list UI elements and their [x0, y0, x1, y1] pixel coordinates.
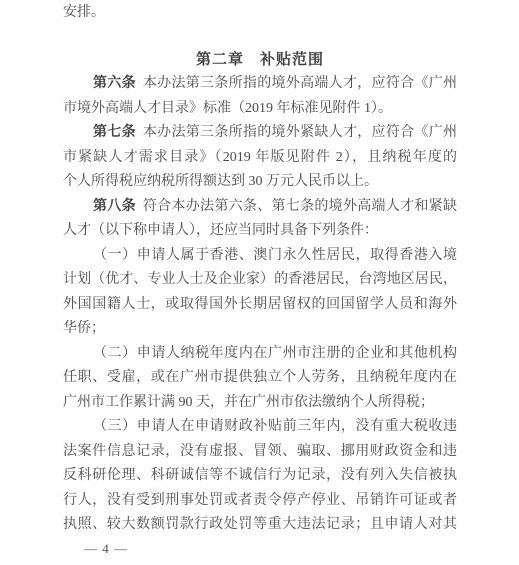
chapter-heading: 第二章 补贴范围: [63, 48, 457, 73]
body-line: 计划（优才、专业人士及企业家）的香港居民，台湾地区居民，: [63, 268, 457, 293]
line-text: 本办法第三条所指的境外紧缺人才，应符合《广州: [143, 125, 457, 140]
line-text: 市紧缺人才需求目录》（2019 年版见附件 2），且纳税年度的: [63, 150, 457, 165]
carryover-line: 安排。: [63, 1, 457, 26]
article-8-label: 第八条: [93, 199, 136, 214]
body-line: 华侨；: [63, 317, 457, 342]
body-line: 任职、受雇，或在广州市提供独立个人劳务，且纳税年度内在: [63, 366, 457, 391]
body-text: 第六条本办法第三条所指的境外高端人才，应符合《广州 市境外高端人才目录》标准（2…: [63, 72, 457, 538]
line-text: 个人所得税应纳税所得额达到 30 万元人民币以上。: [63, 174, 378, 189]
article-7-label: 第七条: [93, 125, 136, 140]
body-line: 执照、较大数额罚款行政处罚等重大违法记录；且申请人对其: [63, 513, 457, 538]
page-number: — 4 —: [84, 541, 128, 557]
line-text: 行人，没有受到刑事处罚或者责令停产停业、吊销许可证或者: [63, 493, 457, 508]
line-text: （二）申请人纳税年度内在广州市注册的企业和其他机构: [93, 346, 457, 361]
line-text: 符合本办法第六条、第七条的境外高端人才和紧缺: [143, 199, 457, 214]
line-text: 执照、较大数额罚款行政处罚等重大违法记录；且申请人对其: [63, 517, 457, 532]
line-text: 任职、受雇，或在广州市提供独立个人劳务，且纳税年度内在: [63, 370, 457, 385]
body-line: 反科研伦理、科研诚信等不诚信行为记录，没有列入失信被执: [63, 464, 457, 489]
body-line: 第七条本办法第三条所指的境外紧缺人才，应符合《广州: [63, 121, 457, 146]
body-line: 广州市工作累计满 90 天，并在广州市依法缴纳个人所得税；: [63, 391, 457, 416]
line-text: 本办法第三条所指的境外高端人才，应符合《广州: [143, 76, 457, 91]
article-6-label: 第六条: [93, 76, 136, 91]
line-text: （一）申请人属于香港、澳门永久性居民，取得香港入境: [93, 248, 457, 263]
body-line: （一）申请人属于香港、澳门永久性居民，取得香港入境: [63, 244, 457, 269]
body-line: 行人，没有受到刑事处罚或者责令停产停业、吊销许可证或者: [63, 489, 457, 514]
body-line: 个人所得税应纳税所得额达到 30 万元人民币以上。: [63, 170, 457, 195]
carryover-text: 安排。: [63, 5, 105, 20]
line-text: （三）申请人在申请财政补贴前三年内，没有重大税收违: [93, 419, 457, 434]
body-line: （三）申请人在申请财政补贴前三年内，没有重大税收违: [63, 415, 457, 440]
body-line: 第八条符合本办法第六条、第七条的境外高端人才和紧缺: [63, 195, 457, 220]
line-text: 法案件信息记录，没有虚报、冒领、骗取、挪用财政资金和违: [63, 444, 457, 459]
document-content: 安排。 第二章 补贴范围 第六条本办法第三条所指的境外高端人才，应符合《广州 市…: [63, 1, 457, 538]
line-text: 计划（优才、专业人士及企业家）的香港居民，台湾地区居民，: [63, 272, 457, 287]
body-line: 人才（以下称申请人），还应当同时具备下列条件：: [63, 219, 457, 244]
body-line: （二）申请人纳税年度内在广州市注册的企业和其他机构: [63, 342, 457, 367]
body-line: 外国国籍人士，或取得国外长期居留权的回国留学人员和海外: [63, 293, 457, 318]
line-text: 反科研伦理、科研诚信等不诚信行为记录，没有列入失信被执: [63, 468, 457, 483]
body-line: 第六条本办法第三条所指的境外高端人才，应符合《广州: [63, 72, 457, 97]
line-text: 华侨；: [63, 321, 105, 336]
line-text: 外国国籍人士，或取得国外长期居留权的回国留学人员和海外: [63, 297, 457, 312]
line-text: 人才（以下称申请人），还应当同时具备下列条件：: [63, 223, 378, 238]
line-text: 广州市工作累计满 90 天，并在广州市依法缴纳个人所得税；: [63, 395, 434, 410]
body-line: 市境外高端人才目录》标准（2019 年标准见附件 1）。: [63, 97, 457, 122]
body-line: 市紧缺人才需求目录》（2019 年版见附件 2），且纳税年度的: [63, 146, 457, 171]
line-text: 市境外高端人才目录》标准（2019 年标准见附件 1）。: [63, 101, 392, 116]
document-page: 安排。 第二章 补贴范围 第六条本办法第三条所指的境外高端人才，应符合《广州 市…: [0, 0, 519, 565]
body-line: 法案件信息记录，没有虚报、冒领、骗取、挪用财政资金和违: [63, 440, 457, 465]
